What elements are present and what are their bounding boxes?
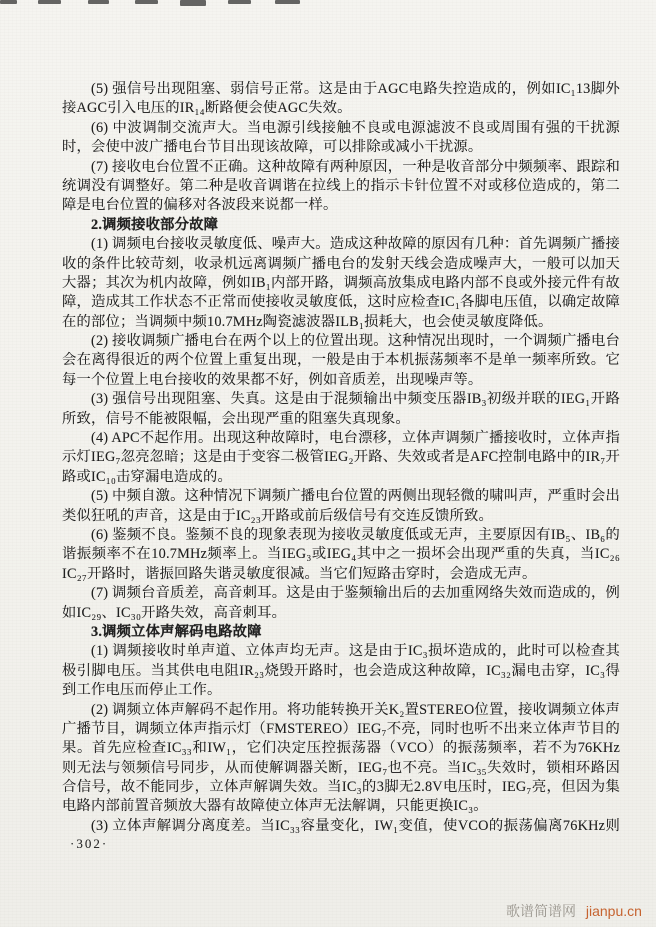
text-line: 到工作电压而停止工作。 [62, 681, 620, 700]
text-line: (7) 接收电台位置不正确。这种故障有两种原因，一种是收音部分中频频率、跟踪和 [62, 158, 620, 177]
text-line: (2) 接收调频广播电台在两个以上的位置出现。这种情况出现时，一个调频广播电台 [62, 332, 620, 351]
text-line: 路或IC₁₀击穿漏电造成的。 [62, 468, 620, 487]
text-line: (5) 中频自激。这种情况下调频广播电台位置的两侧出现轻微的啸叫声，严重时会出现 [62, 487, 620, 506]
text-line: 收的条件比较苛刻，收录机远离调频广播电台的发射天线会造成噪声大，一般可以加天线放 [62, 255, 620, 274]
text-line: 障是电台位置的偏移对各波段来说都一样。 [62, 196, 620, 215]
text-line: 广播节目，调频立体声指示灯（FMSTEREO）IEG₇不亮，同时也听不出来立体声… [62, 720, 620, 739]
text-line: (6) 鉴频不良。鉴频不良的现象表现为接收灵敏度低或无声，主要原因有IB₅、IB… [62, 526, 620, 545]
watermark: 歌谱简谱网 jianpu.cn [506, 901, 642, 921]
text-line: 在的部位；当调频中频10.7MHz陶瓷滤波器ILB₁损耗大，也会使灵敏度降低。 [62, 313, 620, 332]
text-line: 则无法与领频信号同步，从而使解调器关断，IEG₇也不亮。当IC₃₅失效时，锁相环… [62, 759, 620, 778]
section-heading: 3.调频立体声解码电路故障 [62, 623, 620, 642]
watermark-url[interactable]: jianpu.cn [586, 903, 642, 919]
text-line: 极引脚电压。当其供电电阻IR₂₃烧毁开路时，也会造成这种故障，IC₃₂漏电击穿，… [62, 662, 620, 681]
text-line: (3) 立体声解调分离度差。当IC₃₃容量变化，IW₁变值，使VCO的振荡偏离7… [62, 817, 620, 836]
text-line: 果。首先应检查IC₃₃和IW₁，它们决定压控振荡器（VCO）的振荡频率，若不为7… [62, 739, 620, 758]
text-line: (1) 调频接收时单声道、立体声均无声。这是由于IC₃损坏造成的，此时可以检查其… [62, 642, 620, 661]
scan-artifact-dash [180, 0, 206, 6]
section-heading: 2.调频接收部分故障 [62, 216, 620, 235]
text-line: 每一个位置上电台接收的效果都不好，例如音质差，出现噪声等。 [62, 371, 620, 390]
scan-artifact-dash [228, 0, 251, 4]
text-line: (5) 强信号出现阻塞、弱信号正常。这是由于AGC电路失控造成的，例如IC₁13… [62, 80, 620, 99]
text-line: 谐振频率不在10.7MHz频率上。当IEG₃或IEG₄其中之一损坏会出现严重的失… [62, 545, 620, 564]
text-line: IC₂₇开路时，谐振回路失谐灵敏度很减。当它们短路击穿时，会造成无声。 [62, 565, 620, 584]
scan-artifact-dash [0, 0, 17, 4]
scan-artifact-dash [135, 0, 158, 4]
scan-artifact-dash [38, 0, 61, 4]
text-line: (7) 调频台音质差，高音刺耳。这是由于鉴频输出后的去加重网络失效而造成的，例 [62, 584, 620, 603]
text-line: 障，造成其工作状态不正常而使接收灵敏度低，这时应检查IC₁各脚电压值，以确定故障… [62, 293, 620, 312]
text-line: 时，会使中波广播电台节目出现该故障，可以排除或减小干扰源。 [62, 138, 620, 157]
text-line: 电路内部前置音频放大器有故障使立体声无法解调，只能更换IC₃。 [62, 797, 620, 816]
text-line: (4) APC不起作用。出现这种故障时，电台漂移，立体声调频广播接收时，立体声指 [62, 429, 620, 448]
text-line: (1) 调频电台接收灵敏度低、噪声大。造成这种故障的原因有几种：首先调频广播接 [62, 235, 620, 254]
text-line: 如IC₂₉、IC₃₀开路失效，高音刺耳。 [62, 604, 620, 623]
scanned-page: (5) 强信号出现阻塞、弱信号正常。这是由于AGC电路失控造成的，例如IC₁13… [0, 0, 656, 927]
text-line: (2) 调频立体声解码不起作用。将功能转换开关K₂置STEREO位置，接收调频立… [62, 701, 620, 720]
text-line: (3) 强信号出现阻塞、失真。这是由于混频输出中频变压器IB₃初级并联的IEG₁… [62, 390, 620, 409]
scan-artifact-dash [275, 0, 300, 4]
text-line: 所致，信号不能被限幅，会出现严重的阻塞失真现象。 [62, 410, 620, 429]
scan-artifact-dash [88, 0, 109, 4]
text-line: 统调没有调整好。第二种是收音调谐在拉线上的指示卡针位置不对或移位造成的，第二种故 [62, 177, 620, 196]
text-line: 示灯IEG₇忽亮忽暗；这是由于变容二极管IEG₂开路、失效或者是AFC控制电路中… [62, 448, 620, 467]
text-line: 会在离得很近的两个位置上重复出现，一般是由于本机振荡频率不是单一频率所致。它会使 [62, 351, 620, 370]
text-block: (5) 强信号出现阻塞、弱信号正常。这是由于AGC电路失控造成的，例如IC₁13… [62, 80, 620, 836]
watermark-site-name: 歌谱简谱网 [506, 903, 576, 919]
text-line: (6) 中波调制交流声大。当电源引线接触不良或电源滤波不良或周围有强的干扰源 [62, 119, 620, 138]
text-line: 大器；其次为机内故障，例如IB₁内部开路，调频高放集成电路内部不良或外接元件有故 [62, 274, 620, 293]
page-number: ·302· [70, 836, 108, 852]
text-line: 合信号，故不能同步，立体声解调失效。当IC₃的3脚无2.8V电压时，IEG₇亮，… [62, 778, 620, 797]
text-line: 接AGC引入电压的IR₁₄断路便会使AGC失效。 [62, 99, 620, 118]
text-line: 类似狂吼的声音，这是由于IC₂₃开路或前后级信号有交连反馈所致。 [62, 507, 620, 526]
